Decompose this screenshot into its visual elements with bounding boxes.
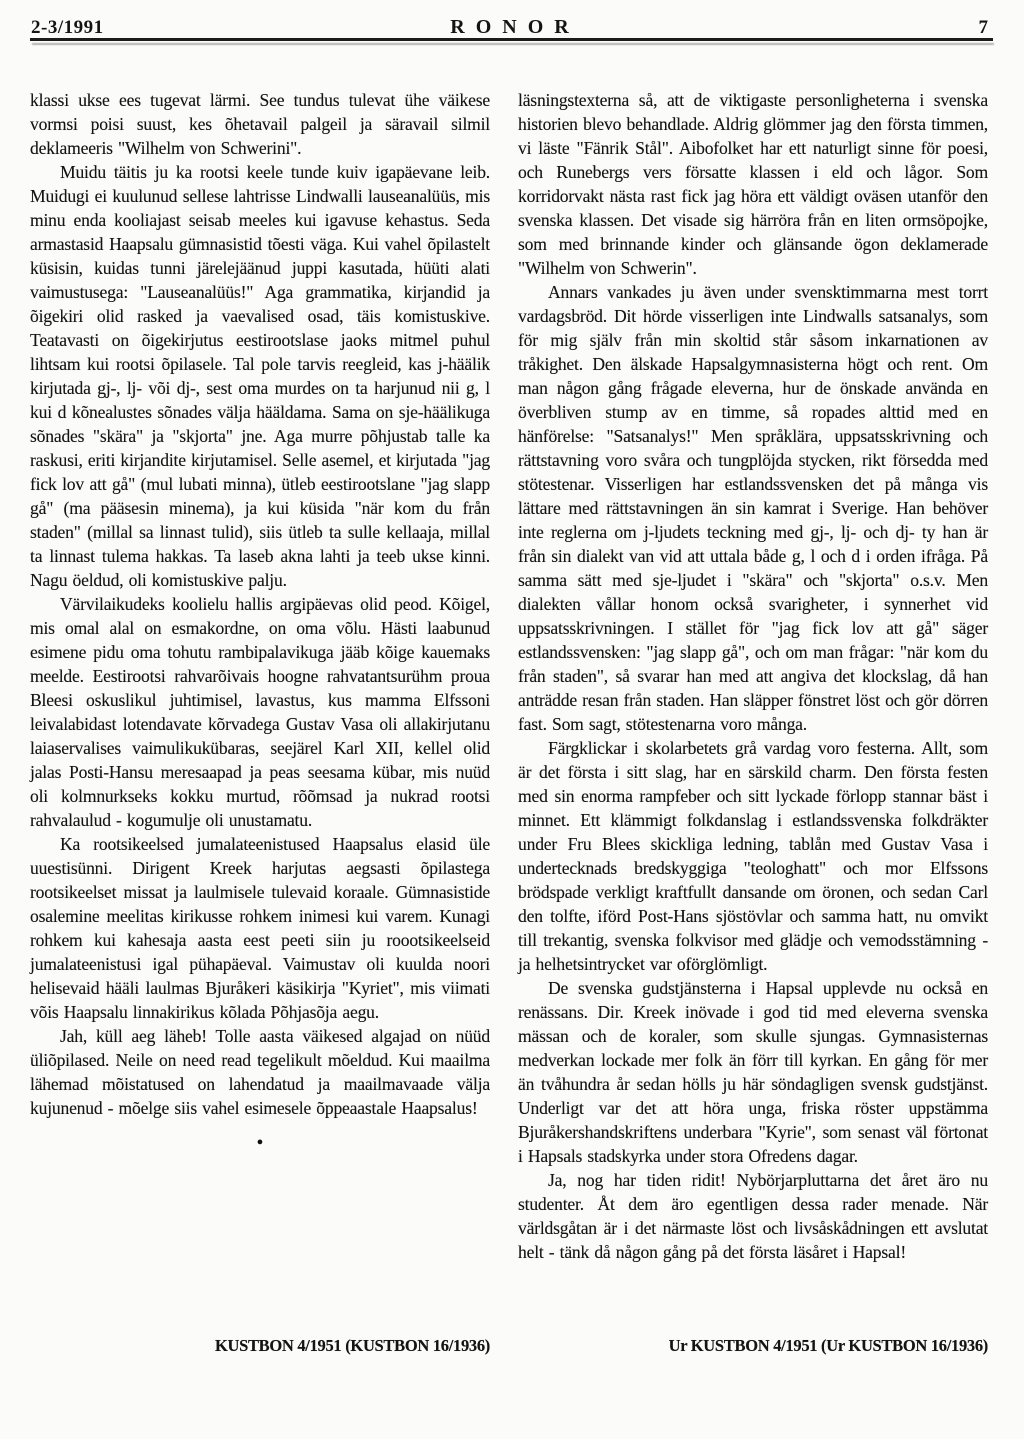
article-paragraph: Ka rootsikeelsed jumalateenistused Haaps…: [30, 832, 490, 1024]
article-paragraph: Ja, nog har tiden ridit! Nybörjarpluttar…: [518, 1168, 988, 1264]
scanned-journal-page: 2-3/1991 RONOR 7 klassi ukse ees tugevat…: [0, 0, 1024, 1439]
article-body: klassi ukse ees tugevat lärmi. See tundu…: [30, 88, 988, 1264]
header-rule: [30, 38, 993, 41]
article-paragraph: klassi ukse ees tugevat lärmi. See tundu…: [30, 88, 490, 160]
column-right: läsningstexterna så, att de viktigaste p…: [518, 88, 988, 1264]
source-citation-right: Ur KUSTBON 4/1951 (Ur KUSTBON 16/1936): [518, 1336, 988, 1356]
article-paragraph: Muidu täitis ju ka rootsi keele tunde ku…: [30, 160, 490, 592]
article-paragraph: Annars vankades ju även under svensktimm…: [518, 280, 988, 736]
source-citations: KUSTBON 4/1951 (KUSTBON 16/1936) Ur KUST…: [30, 1336, 988, 1356]
journal-title: RONOR: [251, 16, 768, 39]
issue-number: 2-3/1991: [31, 17, 251, 39]
article-paragraph: De svenska gudstjänsterna i Hapsal upple…: [518, 976, 988, 1168]
header-rule-shadow: [32, 43, 994, 45]
column-left: klassi ukse ees tugevat lärmi. See tundu…: [30, 88, 490, 1264]
article-paragraph: Värvilaikudeks koolielu hallis argipäeva…: [30, 592, 490, 832]
page-number: 7: [768, 17, 988, 39]
end-of-article-marker: ●: [30, 1136, 490, 1148]
journal-header: 2-3/1991 RONOR 7: [31, 16, 988, 39]
source-citation-left: KUSTBON 4/1951 (KUSTBON 16/1936): [30, 1336, 490, 1356]
article-paragraph: läsningstexterna så, att de viktigaste p…: [518, 88, 988, 280]
article-paragraph: Färgklickar i skolarbetets grå vardag vo…: [518, 736, 988, 976]
article-paragraph: Jah, küll aeg läheb! Tolle aasta väikese…: [30, 1024, 490, 1120]
